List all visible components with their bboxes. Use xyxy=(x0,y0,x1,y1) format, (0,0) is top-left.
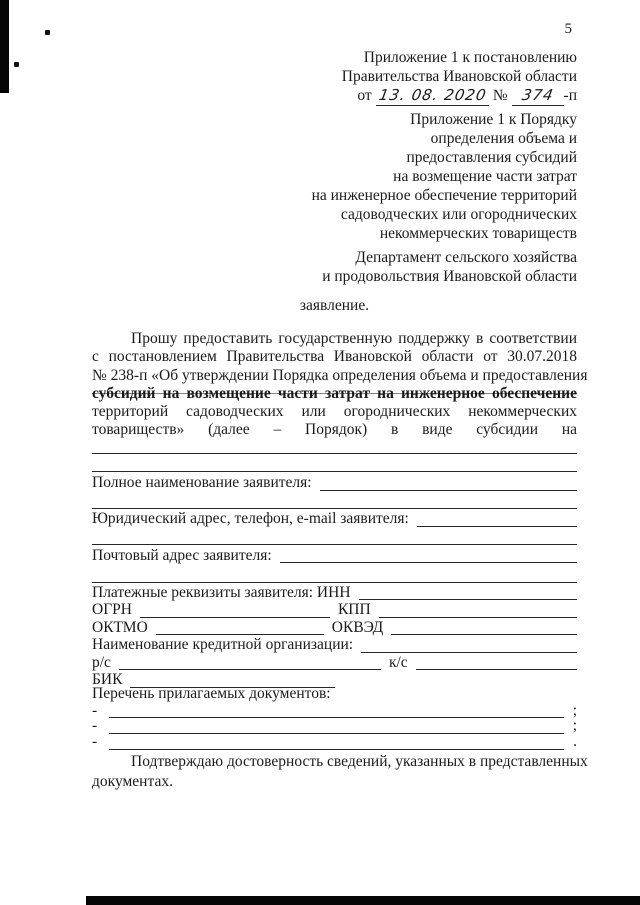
field-accounts: р/с к/с xyxy=(92,653,577,671)
annex-order-line: некоммерческих товариществ xyxy=(92,224,577,243)
okved-fill-line xyxy=(391,634,577,635)
blank-line-row xyxy=(92,436,577,454)
scan-artifact-bottom-bar xyxy=(86,896,640,905)
oktmo-label: ОКТМО xyxy=(92,620,148,636)
addressee-line: и продовольствия Ивановской области xyxy=(92,267,577,286)
field-payment-details-inn: Платежные реквизиты заявителя: ИНН xyxy=(92,583,577,601)
ks-fill-line xyxy=(416,669,577,670)
postal-address-label: Почтовый адрес заявителя: xyxy=(92,548,272,564)
field-ogrn-kpp: ОГРН КПП xyxy=(92,600,577,618)
ogrn-fill-line xyxy=(140,617,330,618)
statement-line: Подтверждаю достоверность сведений, указ… xyxy=(92,752,577,773)
rs-fill-line xyxy=(119,669,381,670)
date-prefix: от xyxy=(357,87,371,104)
document-list-item: - . xyxy=(92,734,577,750)
bank-name-fill-line xyxy=(361,652,577,653)
blank-fill-line xyxy=(92,508,577,509)
annex-order-line: определения объема и xyxy=(92,129,577,148)
body-line: с постановлением Правительства Ивановско… xyxy=(92,348,577,366)
annex-order-line: Приложение 1 к Порядку xyxy=(92,110,577,129)
handwritten-date: 13. 08. 2020 xyxy=(374,86,491,105)
ks-label: к/с xyxy=(389,655,408,671)
blank-line-row xyxy=(92,527,577,545)
field-bank-name: Наименование кредитной организации: xyxy=(92,635,577,653)
handwritten-number-slot: 374 xyxy=(512,86,564,106)
field-oktmo-okved: ОКТМО ОКВЭД xyxy=(92,618,577,636)
annex-resolution-line: Приложение 1 к постановлению xyxy=(92,48,577,67)
application-body-paragraph: Прошу предоставить государственную подде… xyxy=(92,330,577,440)
full-name-fill-line xyxy=(320,490,577,491)
scanned-document-page: 5 Приложение 1 к постановлению Правитель… xyxy=(0,0,640,905)
payment-details-inn-label: Платежные реквизиты заявителя: ИНН xyxy=(92,585,351,601)
annex-order-line: на инженерное обеспечение территорий xyxy=(92,186,577,205)
annex-resolution-date-line: от 13. 08. 2020 № 374-п xyxy=(92,86,577,106)
ogrn-label: ОГРН xyxy=(92,602,132,618)
scan-speck xyxy=(45,30,50,35)
page-number: 5 xyxy=(92,21,575,38)
blank-fill-line xyxy=(92,453,577,454)
blank-fill-line xyxy=(92,544,577,545)
scan-speck xyxy=(14,62,19,67)
annex-resolution-block: Приложение 1 к постановлению Правительст… xyxy=(92,48,577,106)
list-terminator: ; xyxy=(570,703,577,719)
okved-label: ОКВЭД xyxy=(332,620,383,636)
kpp-fill-line xyxy=(379,617,577,618)
field-legal-address: Юридический адрес, телефон, e-mail заяви… xyxy=(92,509,577,527)
rs-label: р/с xyxy=(92,655,111,671)
legal-address-label: Юридический адрес, телефон, e-mail заяви… xyxy=(92,511,409,527)
annex-order-line: предоставления субсидий xyxy=(92,148,577,167)
blank-line-row xyxy=(92,454,577,472)
handwritten-number: 374 xyxy=(517,86,558,105)
documents-list-label: Перечень прилагаемых документов: xyxy=(92,685,331,703)
document-list-item: - ; xyxy=(92,703,577,719)
number-suffix: -п xyxy=(564,87,577,104)
field-postal-address: Почтовый адрес заявителя: xyxy=(92,545,577,563)
kpp-label: КПП xyxy=(338,602,371,618)
body-line: Прошу предоставить государственную подде… xyxy=(92,330,577,348)
addressee-block: Департамент сельского хозяйства и продов… xyxy=(92,248,577,286)
body-line: № 238-п «Об утверждении Порядка определе… xyxy=(92,367,577,385)
body-line-smudged: субсидий на возмещение части затрат на и… xyxy=(92,385,577,403)
scan-artifact-left-bar xyxy=(0,0,9,93)
document-title: заявление. xyxy=(92,296,577,316)
blank-fill-line xyxy=(92,471,577,472)
full-name-label: Полное наименование заявителя: xyxy=(92,475,312,491)
blank-fill-line xyxy=(92,582,577,583)
documents-list-heading: Перечень прилагаемых документов: xyxy=(92,688,577,703)
list-bullet: - xyxy=(92,703,109,719)
blank-line-row xyxy=(92,491,577,509)
bank-name-label: Наименование кредитной организации: xyxy=(92,637,353,653)
annex-order-block: Приложение 1 к Порядку определения объем… xyxy=(92,110,577,243)
number-sign: № xyxy=(493,87,508,104)
list-item-fill-line xyxy=(109,733,564,734)
document-list-item: - ; xyxy=(92,718,577,734)
inn-fill-line xyxy=(359,599,577,600)
list-item-fill-line xyxy=(109,717,564,718)
handwritten-date-slot: 13. 08. 2020 xyxy=(376,86,489,106)
list-terminator: . xyxy=(570,734,577,750)
body-line: территорий садоводческих или огородничес… xyxy=(92,403,577,421)
statement-line: документах. xyxy=(92,772,577,793)
list-bullet: - xyxy=(92,718,109,734)
addressee-line: Департамент сельского хозяйства xyxy=(92,248,577,267)
annex-order-line: садоводческих или огороднических xyxy=(92,205,577,224)
field-full-name: Полное наименование заявителя: xyxy=(92,472,577,490)
list-terminator: ; xyxy=(570,718,577,734)
confirmation-statement: Подтверждаю достоверность сведений, указ… xyxy=(92,752,577,793)
annex-order-line: на возмещение части затрат xyxy=(92,167,577,186)
list-bullet: - xyxy=(92,734,109,750)
blank-line-row xyxy=(92,565,577,583)
form-fields-section: Полное наименование заявителя: Юридическ… xyxy=(92,436,577,793)
postal-address-fill-line xyxy=(280,562,577,563)
legal-address-fill-line xyxy=(417,526,577,527)
list-item-fill-line xyxy=(109,749,564,750)
annex-resolution-line: Правительства Ивановской области xyxy=(92,67,577,86)
